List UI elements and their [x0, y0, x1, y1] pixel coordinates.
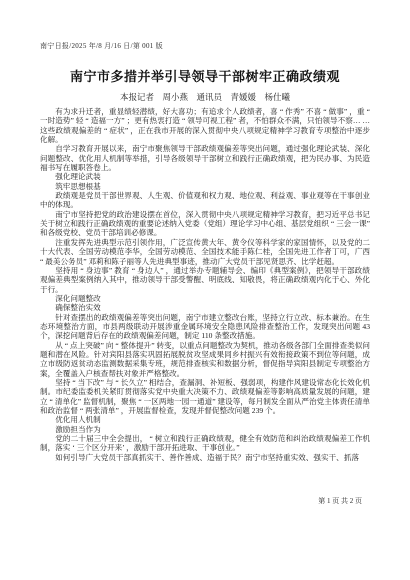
- section-subhead: 激励担当作为: [40, 425, 370, 434]
- body-paragraph: 自学习教育开展以来，南宁市聚焦领导干部政绩观偏差等突出问题，通过强化理论武装、深…: [40, 144, 370, 172]
- body-paragraph: 针对查摆出的政绩观偏差等突出问题，南宁市建立整改台账，坚持立行立改、标本兼治。在…: [40, 313, 370, 341]
- body-paragraph: 注重发挥先进典型示范引领作用，广泛宣传黄大年、黄令仪等科学家的家国情怀，以及党的…: [40, 238, 370, 266]
- article-body: 有为求升迁者，重显绩轻潜绩，好大喜功；有追求个人政绩者，喜 “ 作秀” 不喜 “…: [40, 107, 370, 462]
- newspaper-page: 南宁日报/2025 年/8 月/16 日/第 001 版 南宁市多措并举引导领导…: [0, 0, 410, 580]
- section-subhead: 强化理论武装: [40, 172, 370, 181]
- masthead-date-line: 南宁日报/2025 年/8 月/16 日/第 001 版: [40, 41, 163, 51]
- body-paragraph: 有为求升迁者，重显绩轻潜绩，好大喜功；有追求个人政绩者，喜 “ 作秀” 不喜 “…: [40, 107, 370, 144]
- section-subhead: 筑牢思想根基: [40, 182, 370, 191]
- body-paragraph: 党的二十届三中全会提出， “ 树立和践行正确政绩观，健全有效防范和纠治政绩观偏差…: [40, 434, 370, 453]
- article-byline: 本报记者 周小燕 通讯员 青媛媛 杨仕曦: [0, 91, 410, 103]
- page-number: 第 1 页 共 2 页: [318, 496, 362, 506]
- body-paragraph: 南宁市坚持把党的政治建设摆在首位，深入贯彻中央八项规定精神学习教育，把习近平总书…: [40, 210, 370, 238]
- body-paragraph: 坚持用 “ 身边事” 教育 “ 身边人” ，通过举办专题辅导会、编印《典型案例》…: [40, 266, 370, 294]
- article-title: 南宁市多措并举引导领导干部树牢正确政绩观: [0, 66, 410, 85]
- section-subhead: 优化用人机制: [40, 415, 370, 424]
- section-subhead: 确保整治实效: [40, 303, 370, 312]
- body-paragraph: 从 “ 点上突破” 向 “ 整体提升” 转变，以重点问题整改为契机，推动各级各部…: [40, 341, 370, 378]
- body-paragraph: 如何引导广大党员干部真抓实干、善作善成、造福于民？南宁市坚持重实效、强实干、抓落: [40, 453, 370, 462]
- body-paragraph: 政绩观是党员干部世界观、人生观、价值观和权力观、地位观、利益观、事业观等在干事创…: [40, 191, 370, 210]
- section-subhead: 深化问题整改: [40, 294, 370, 303]
- body-paragraph: 坚持 “ 当下改” 与 “ 长久立” 相结合，查漏洞、补短板、强弱项，构建作风建…: [40, 378, 370, 415]
